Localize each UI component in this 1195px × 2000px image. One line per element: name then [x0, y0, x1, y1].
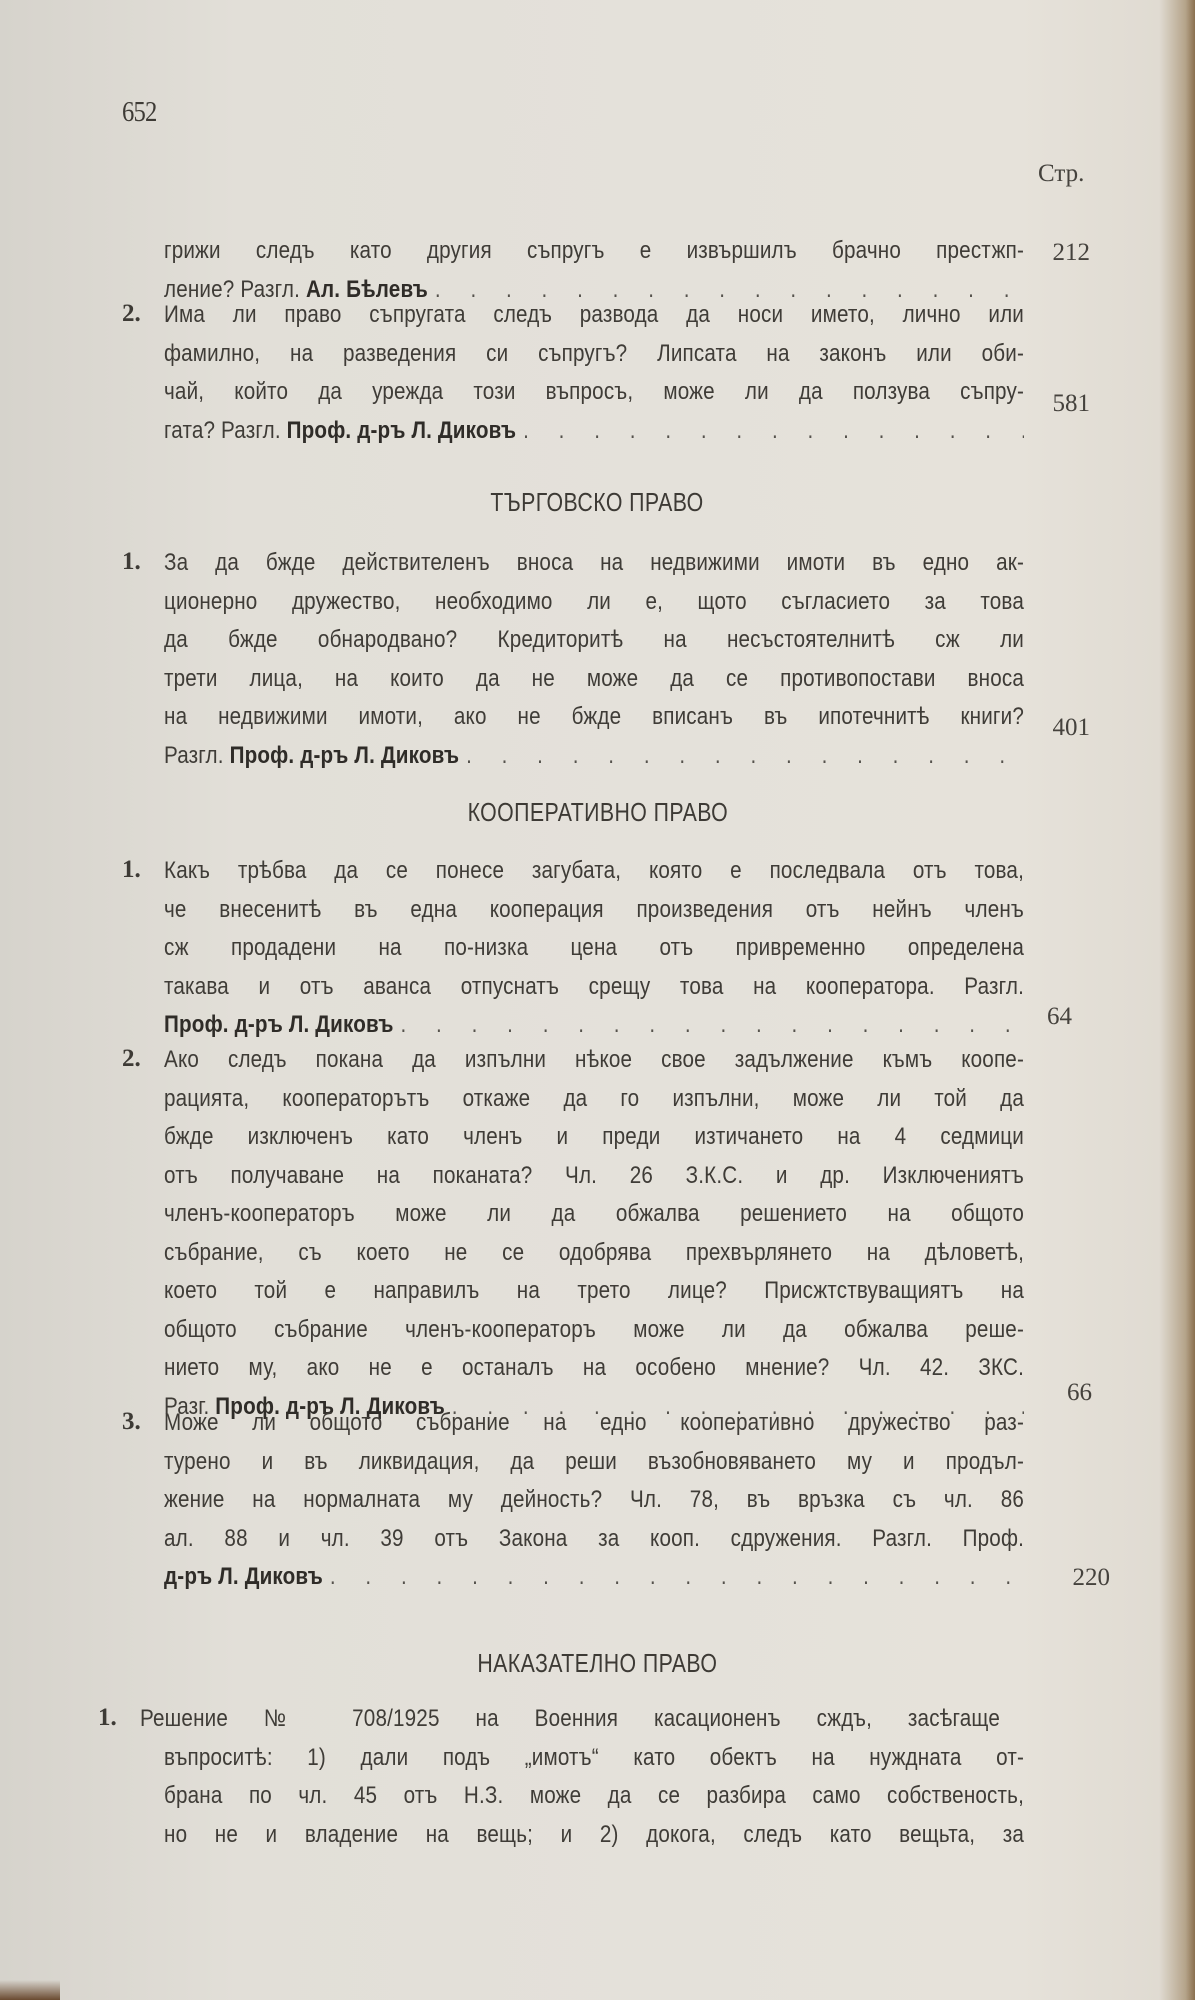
dot-leader: . . . . . . . . . . . . . . . . . . . . … — [323, 1558, 1024, 1597]
toc-entry: 2. Ако следъ покана да изпълни нѣкое сво… — [122, 1041, 1122, 1426]
entry-author: д-ръ Л. Диковъ — [164, 1558, 323, 1597]
entry-line: членъ-кооператоръ може ли да обжалва реш… — [164, 1195, 1024, 1234]
entry-line: Какъ трѣбва да се понесе загубата, която… — [164, 852, 1024, 891]
entry-number: 3. — [122, 1408, 141, 1436]
entry-line: ционерно дружество, необходимо ли е, щот… — [164, 583, 1024, 622]
entry-number: 1. — [122, 548, 141, 576]
toc-entry: 1. За да бжде действителенъ вноса на нед… — [122, 544, 1122, 775]
entry-line: турено и въ ликвидация, да реши възобнов… — [164, 1443, 1024, 1482]
entry-page-ref: 212 — [1053, 239, 1091, 267]
section-title: КООПЕРАТИВНО ПРАВО — [0, 797, 1195, 828]
dot-leader: . . . . . . . . . . . . . . . . . . . . … — [459, 737, 1024, 776]
page-column-header: Стр. — [1038, 160, 1084, 188]
entry-line: че внесенитѣ въ една кооперация произвед… — [164, 891, 1024, 930]
entry-page-ref: 220 — [1073, 1564, 1111, 1592]
entry-page-ref: 64 — [1047, 1003, 1072, 1031]
entry-line: на недвижими имоти, ако не бжде вписанъ … — [164, 698, 1024, 737]
entry-number: 1. — [122, 856, 141, 884]
entry-line: брана по чл. 45 отъ Н.З. може да се разб… — [164, 1777, 1024, 1816]
entry-line: Решение № 708/1925 на Военния касационен… — [140, 1700, 1000, 1739]
page-number: 652 — [122, 96, 156, 129]
entry-line: въпроситѣ: 1) дали подъ „имотъ“ като обе… — [164, 1739, 1024, 1778]
entry-number: 2. — [122, 1045, 141, 1073]
entry-number: 2. — [122, 300, 141, 328]
entry-line: такава и отъ аванса отпуснатъ срещу това… — [164, 968, 1024, 1007]
toc-entry: 3. Може ли общото събрание на едно коопе… — [122, 1404, 1122, 1597]
entry-line: ал. 88 и чл. 39 отъ Закона за кооп. сдру… — [164, 1520, 1024, 1559]
toc-entry: 1. Какъ трѣбва да се понесе загубата, ко… — [122, 852, 1122, 1045]
entry-page-ref: 66 — [1067, 1379, 1092, 1407]
entry-line: грижи следъ като другия съпругъ е извърш… — [164, 232, 1024, 271]
entry-line-prefix: Разгл. — [164, 737, 230, 776]
section-title: ТЪРГОВСКО ПРАВО — [0, 487, 1195, 518]
entry-last-line: д-ръ Л. Диковъ . . . . . . . . . . . . .… — [164, 1558, 1024, 1597]
entry-line: Може ли общото събрание на едно кооперат… — [164, 1404, 1024, 1443]
entry-author: Проф. д-ръ Л. Диковъ — [164, 1006, 394, 1045]
entry-line: За да бжде действителенъ вноса на недвиж… — [164, 544, 1024, 583]
entry-line: Ако следъ покана да изпълни нѣкое свое з… — [164, 1041, 1024, 1080]
toc-entry: 1. Решение № 708/1925 на Военния касацио… — [122, 1700, 1122, 1854]
entry-line: но не и владение на вещь; и 2) докога, с… — [164, 1816, 1024, 1855]
entry-author: Проф. д-ръ Л. Диковъ — [230, 737, 460, 776]
entry-number: 1. — [98, 1704, 117, 1732]
entry-line: да бжде обнародвано? Кредиторитѣ на несъ… — [164, 621, 1024, 660]
toc-entry: 2. Има ли право съпругата следъ развода … — [122, 296, 1122, 450]
entry-last-line: Проф. д-ръ Л. Диковъ . . . . . . . . . .… — [164, 1006, 1024, 1045]
entry-line: жение на нормалната му дейность? Чл. 78,… — [164, 1481, 1024, 1520]
entry-line: сж продадени на по-низка цена отъ привре… — [164, 929, 1024, 968]
entry-line: общото събрание членъ-кооператоръ може л… — [164, 1311, 1024, 1350]
book-page: 652 Стр. грижи следъ като другия съпругъ… — [0, 0, 1195, 2000]
entry-page-ref: 401 — [1053, 714, 1091, 742]
section-title: НАКАЗАТЕЛНО ПРАВО — [0, 1648, 1195, 1679]
dot-leader: . . . . . . . . . . . . . . . . . . . . … — [394, 1006, 1024, 1045]
page-corner-shadow — [0, 1980, 60, 2000]
entry-line: бжде изключенъ като членъ и преди изтича… — [164, 1118, 1024, 1157]
entry-last-line: Разгл. Проф. д-ръ Л. Диковъ . . . . . . … — [164, 737, 1024, 776]
entry-line: отъ получаване на поканата? Чл. 26 З.К.С… — [164, 1157, 1024, 1196]
entry-line: трети лица, на които да не може да се пр… — [164, 660, 1024, 699]
entry-line: нието му, ако не е останалъ на особено м… — [164, 1349, 1024, 1388]
entry-line: събрание, съ което не се одобрява прехвъ… — [164, 1234, 1024, 1273]
entry-line: което той е направилъ на трето лице? При… — [164, 1272, 1024, 1311]
entry-line: рацията, кооператорътъ откаже да го изпъ… — [164, 1080, 1024, 1119]
